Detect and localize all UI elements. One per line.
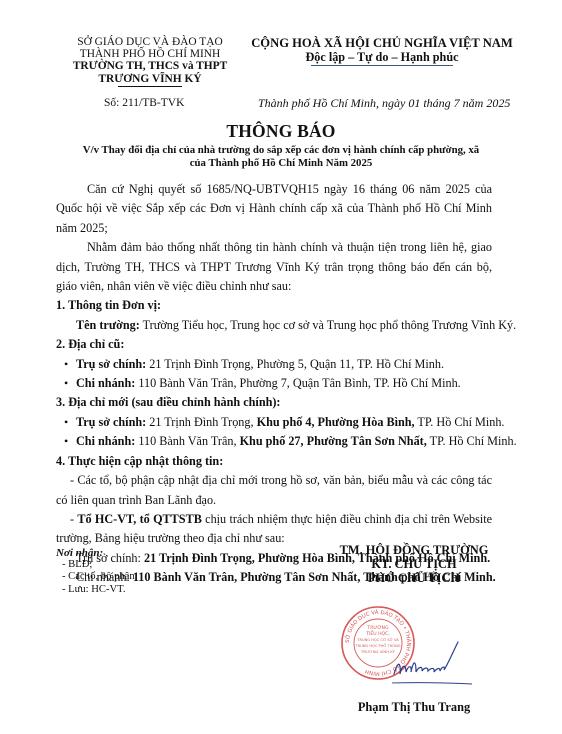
section4-heading: 4. Thực hiện cập nhật thông tin: [56,452,492,471]
old-address-list: Trụ sở chính: 21 Trịnh Đình Trọng, Phườn… [56,355,492,394]
old-main-label: Trụ sở chính: [76,357,146,371]
section1-heading: 1. Thông tin Đơn vị: [56,296,492,315]
new-branch-label: Chi nhánh: [76,434,135,448]
new-address-branch: Chi nhánh: 110 Bành Văn Trân, Khu phố 27… [56,432,492,451]
seal-center-5: TRƯƠNG VĨNH KÝ [360,649,396,654]
new-main-city: TP. Hồ Chí Minh. [415,415,505,429]
section3-heading: 3. Địa chỉ mới (sau điều chỉnh hành chín… [56,393,492,412]
signer-name: Phạm Thị Thu Trang [300,700,528,715]
national-motto: Độc lập – Tự do – Hạnh phúc [232,50,532,64]
new-address-main: Trụ sở chính: 21 Trịnh Đình Trọng, Khu p… [56,413,492,432]
legal-basis-paragraph: Căn cứ Nghị quyết số 1685/NQ-UBTVQH15 ng… [56,180,492,238]
national-title-block: CỘNG HOÀ XÃ HỘI CHỦ NGHĨA VIỆT NAM Độc l… [232,36,532,66]
new-main-label: Trụ sở chính: [76,415,146,429]
responsible-units: Tổ HC-VT, tổ QTTSTB [77,512,201,526]
subject-line2: của Thành phố Hồ Chí Minh Năm 2025 [60,157,502,170]
old-address-branch: Chi nhánh: 110 Bành Văn Trân, Phường 7, … [56,374,492,393]
update-instruction-1: - Các tổ, bộ phận cập nhật địa chỉ mới t… [56,471,492,510]
new-main-ward: Khu phố 4, Phường Hòa Bình, [257,415,415,429]
document-number: Số: 211/TB-TVK [104,97,184,109]
signature-title-block: TM. HỘI ĐỒNG TRƯỜNG KT. CHỦ TỊCH PHÓ CHỦ… [300,543,528,585]
school-name-line2: TRƯƠNG VĨNH KÝ [60,73,240,85]
issuing-agency-block: SỞ GIÁO DỤC VÀ ĐÀO TẠO THÀNH PHỐ HỒ CHÍ … [60,36,240,87]
document-date: Thành phố Hồ Chí Minh, ngày 01 tháng 7 n… [258,96,510,111]
agency-city: THÀNH PHỐ HỒ CHÍ MINH [60,48,240,60]
new-branch-street: 110 Bành Văn Trân, [135,434,239,448]
recipient-item: - Lưu: HC-VT. [56,584,138,596]
recipients-block: Nơi nhận: - BLĐ; - Các tổ, bộ phận; - Lư… [56,547,138,596]
old-address-main: Trụ sở chính: 21 Trịnh Đình Trọng, Phườn… [56,355,492,374]
school-name-row: Tên trường: Trường Tiểu học, Trung học c… [56,316,492,335]
new-address-list: Trụ sở chính: 21 Trịnh Đình Trọng, Khu p… [56,413,492,452]
old-main-value: 21 Trịnh Đình Trọng, Phường 5, Quận 11, … [146,357,444,371]
motto-underline [311,65,453,66]
seal-center-1: TRƯỜNG [366,624,389,631]
document-title: THÔNG BÁO [0,121,562,142]
document-body: Căn cứ Nghị quyết số 1685/NQ-UBTVQH15 ng… [56,180,492,588]
subject-line1: V/v Thay đổi địa chỉ của nhà trường do s… [60,144,502,157]
document-subject: V/v Thay đổi địa chỉ của nhà trường do s… [60,144,502,169]
old-branch-label: Chi nhánh: [76,376,135,390]
national-title: CỘNG HOÀ XÃ HỘI CHỦ NGHĨA VIỆT NAM [232,36,532,50]
school-name-value: Trường Tiểu học, Trung học cơ sở và Trun… [140,318,516,332]
section2-heading: 2. Địa chỉ cũ: [56,335,492,354]
recipients-label: Nơi nhận: [56,547,138,559]
agency-department: SỞ GIÁO DỤC VÀ ĐÀO TẠO [60,36,240,48]
school-name-line1: TRƯỜNG TH, THCS và THPT [60,60,240,72]
recipient-item: - Các tổ, bộ phận; [56,571,138,583]
recipient-item: - BLĐ; [56,559,138,571]
new-branch-ward: Khu phố 27, Phường Tân Sơn Nhất, [240,434,427,448]
signer-position: PHÓ CHỦ TỊCH [300,571,528,585]
signer-on-behalf: KT. CHỦ TỊCH [300,557,528,571]
purpose-paragraph: Nhằm đảm bảo thống nhất thông tin hành c… [56,238,492,296]
school-name-label: Tên trường: [76,318,140,332]
old-branch-value: 110 Bành Văn Trân, Phường 7, Quận Tân Bì… [135,376,460,390]
new-branch-city: TP. Hồ Chí Minh. [427,434,517,448]
agency-underline [118,86,182,87]
handwritten-signature-icon [392,640,478,686]
new-main-street: 21 Trịnh Đình Trọng, [146,415,256,429]
signer-authority: TM. HỘI ĐỒNG TRƯỜNG [300,543,528,557]
